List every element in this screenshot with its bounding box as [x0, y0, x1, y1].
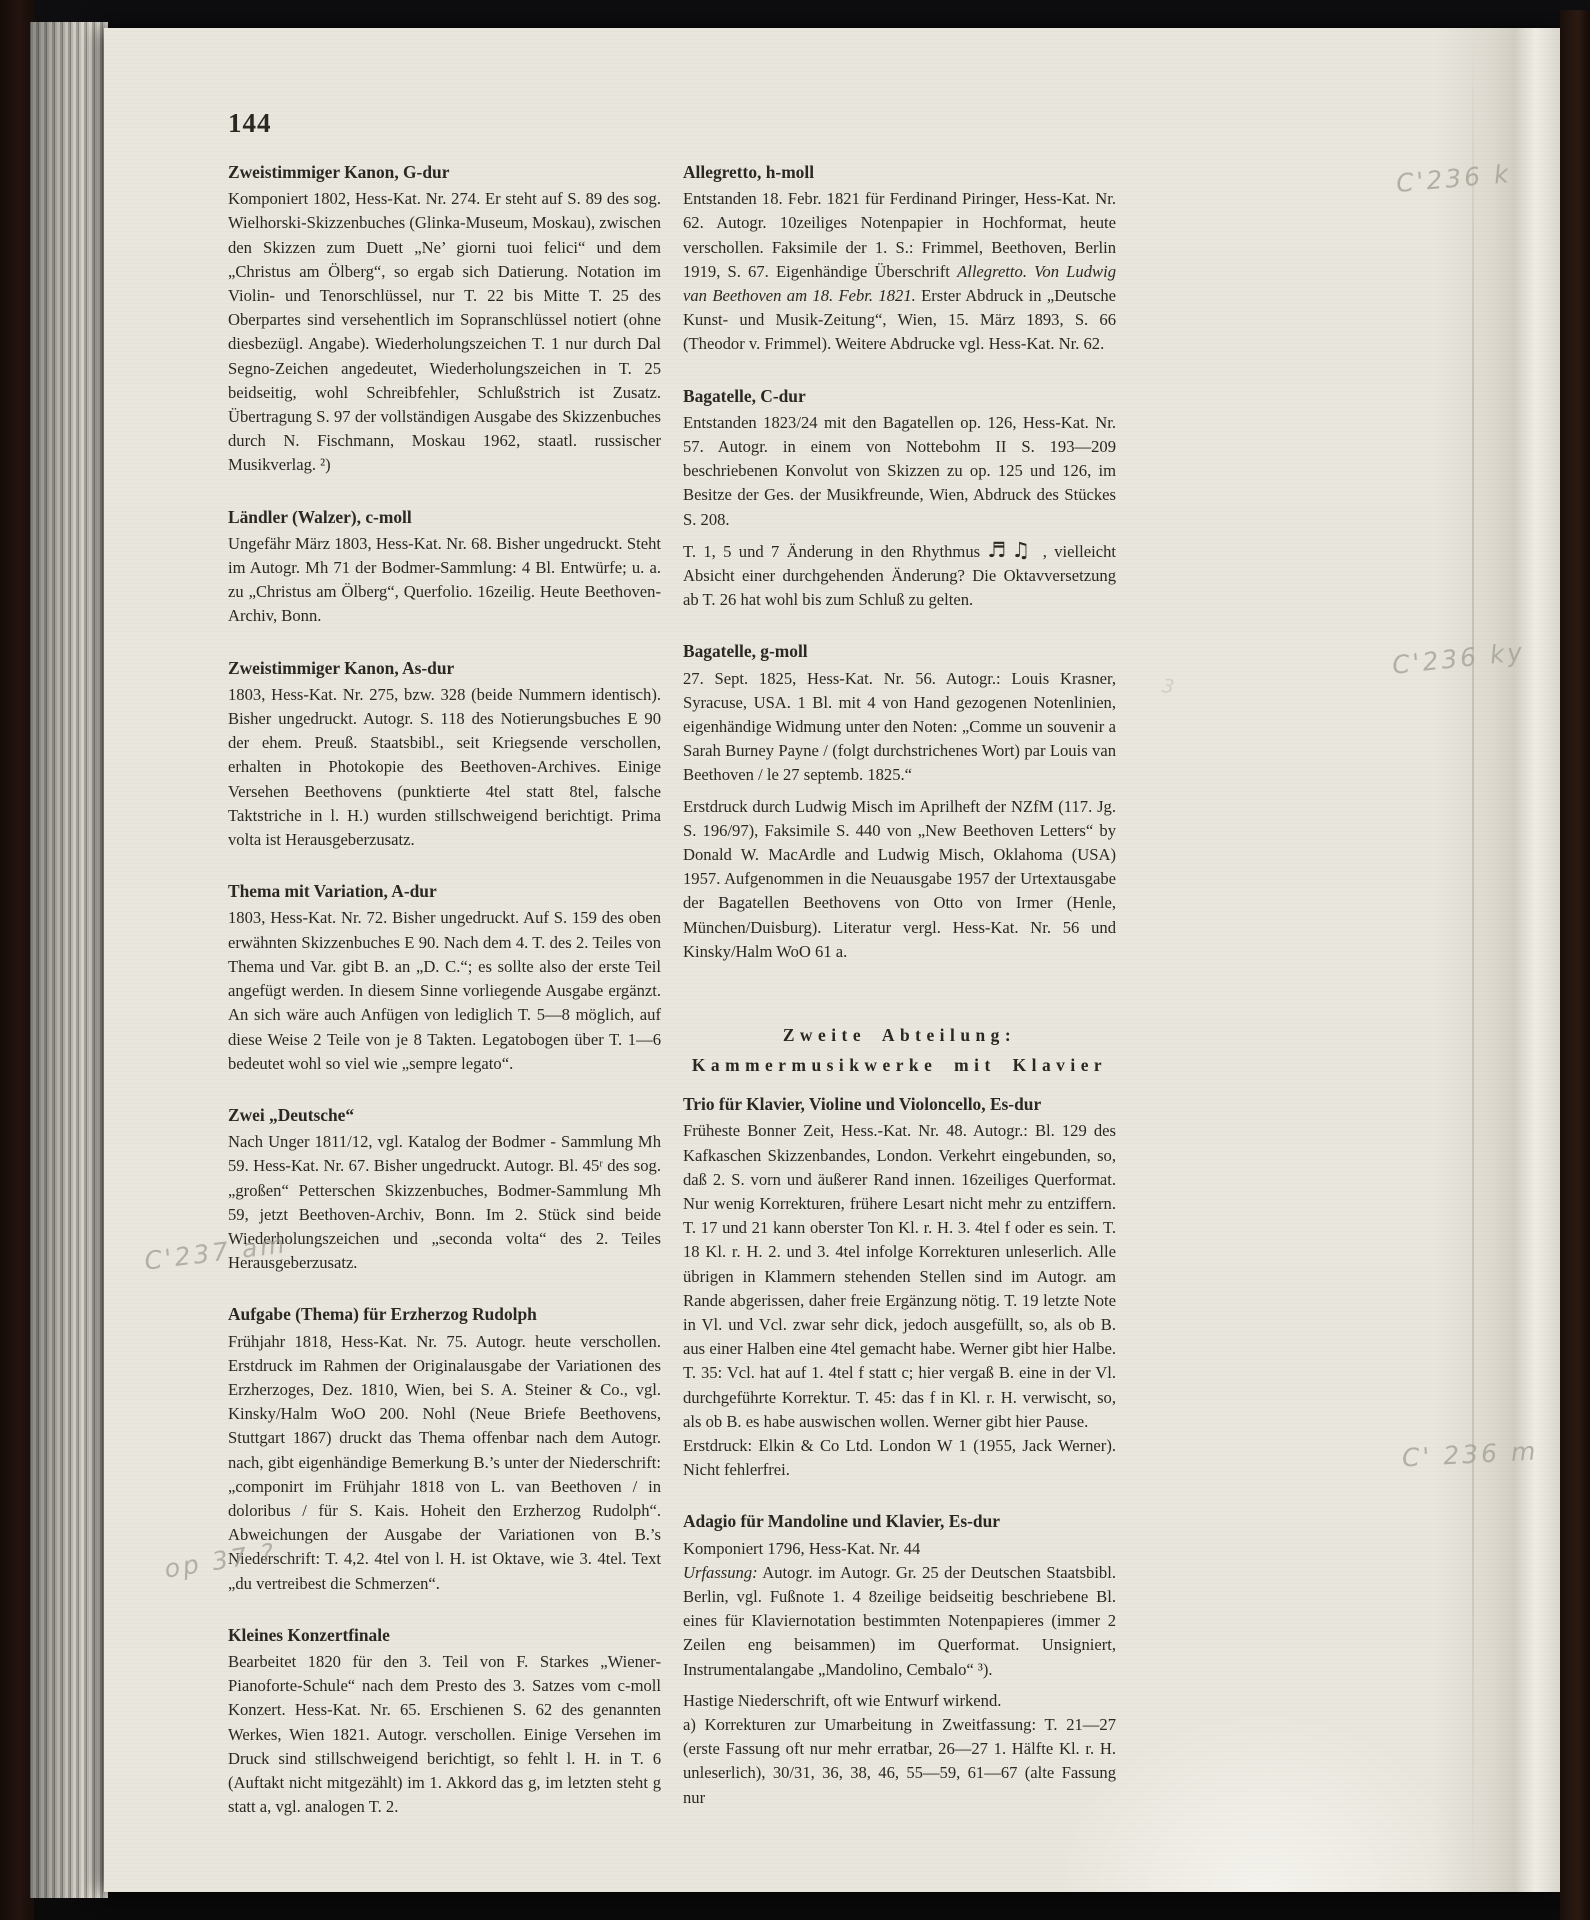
paper-wrinkle [1054, 1708, 1474, 1892]
book-cover-right-edge [1560, 10, 1590, 1920]
entry-body-adagio-1: Urfassung: Autogr. im Autogr. Gr. 25 der… [683, 1561, 1116, 1682]
rhythm-text-pre: T. 1, 5 und 7 Änderung in den Rhythmus [683, 542, 987, 561]
page-stack-edges [30, 22, 108, 1898]
section-heading-zweite-abteilung: Zweite Abteilung: Kammermusikwerke mit K… [683, 1020, 1116, 1080]
entry-heading-bagatelle-g: Bagatelle, g-moll [683, 639, 1116, 663]
page-number: 144 [228, 108, 272, 139]
entry-body-adagio-3: a) Korrekturen zur Umarbeitung in Zweitf… [683, 1713, 1116, 1810]
entry-heading-aufgabe: Aufgabe (Thema) für Erzherzog Rudolph [228, 1302, 661, 1326]
entry-body-adagio-date: Komponiert 1796, Hess-Kat. Nr. 44 [683, 1537, 1116, 1561]
entry-body-kanon-g: Komponiert 1802, Hess-Kat. Nr. 274. Er s… [228, 187, 661, 477]
book-photo: 144 Zweistimmiger Kanon, G-dur Komponier… [0, 0, 1590, 1920]
gutter-shadow [1434, 28, 1564, 1892]
entry-heading-konzertfinale: Kleines Konzertfinale [228, 1623, 661, 1647]
entry-heading-kanon-as: Zweistimmiger Kanon, As-dur [228, 656, 661, 680]
book-page: 144 Zweistimmiger Kanon, G-dur Komponier… [104, 28, 1564, 1892]
entry-body-trio-1: Früheste Bonner Zeit, Hess.-Kat. Nr. 48.… [683, 1119, 1116, 1434]
entry-body-aufgabe: Frühjahr 1818, Hess-Kat. Nr. 75. Autogr.… [228, 1330, 661, 1596]
entry-heading-thema: Thema mit Variation, A-dur [228, 879, 661, 903]
entry-body-bagatelle-g-1: 27. Sept. 1825, Hess-Kat. Nr. 56. Autogr… [683, 667, 1116, 788]
entry-body-kanon-as: 1803, Hess-Kat. Nr. 275, bzw. 328 (beide… [228, 683, 661, 852]
entry-body-thema: 1803, Hess-Kat. Nr. 72. Bisher ungedruck… [228, 906, 661, 1075]
entry-heading-deutsche: Zwei „Deutsche“ [228, 1103, 661, 1127]
entry-heading-adagio: Adagio für Mandoline und Klavier, Es-dur [683, 1509, 1116, 1533]
entry-heading-kanon-g: Zweistimmiger Kanon, G-dur [228, 160, 661, 184]
section-heading-line-1: Zweite Abteilung: [683, 1020, 1116, 1050]
entry-heading-allegretto: Allegretto, h-moll [683, 160, 1116, 184]
entry-body-laendler: Ungefähr März 1803, Hess-Kat. Nr. 68. Bi… [228, 532, 661, 629]
entry-heading-laendler: Ländler (Walzer), c-moll [228, 505, 661, 529]
entry-body-bagatelle-g-2: Erstdruck durch Ludwig Misch im Aprilhef… [683, 795, 1116, 964]
entry-body-adagio-2: Hastige Niederschrift, oft wie Entwurf w… [683, 1689, 1116, 1713]
entry-body-deutsche: Nach Unger 1811/12, vgl. Katalog der Bod… [228, 1130, 661, 1275]
left-column: Zweistimmiger Kanon, G-dur Komponiert 18… [228, 160, 661, 1819]
entry-body-bagatelle-c: Entstanden 1823/24 mit den Bagatellen op… [683, 411, 1116, 532]
entry-body-konzertfinale: Bearbeitet 1820 für den 3. Teil von F. S… [228, 1650, 661, 1819]
entry-body-allegretto: Entstanden 18. Febr. 1821 für Ferdinand … [683, 187, 1116, 356]
right-column: Allegretto, h-moll Entstanden 18. Febr. … [683, 160, 1116, 1810]
page-crease [1472, 28, 1474, 1892]
entry-heading-trio: Trio für Klavier, Violine und Violoncell… [683, 1092, 1116, 1116]
pencil-mark-faint: 3 [1161, 675, 1179, 699]
entry-body-trio-2: Erstdruck: Elkin & Co Ltd. London W 1 (1… [683, 1434, 1116, 1482]
entry-heading-bagatelle-c: Bagatelle, C-dur [683, 384, 1116, 408]
urfassung-label: Urfassung: [683, 1563, 758, 1582]
book-cover-left-edge [0, 0, 34, 1920]
music-notes-icon: ♬♫ [987, 538, 1035, 562]
section-heading-line-2: Kammermusikwerke mit Klavier [683, 1050, 1116, 1080]
rhythm-remark: T. 1, 5 und 7 Änderung in den Rhythmus ♬… [683, 540, 1116, 613]
